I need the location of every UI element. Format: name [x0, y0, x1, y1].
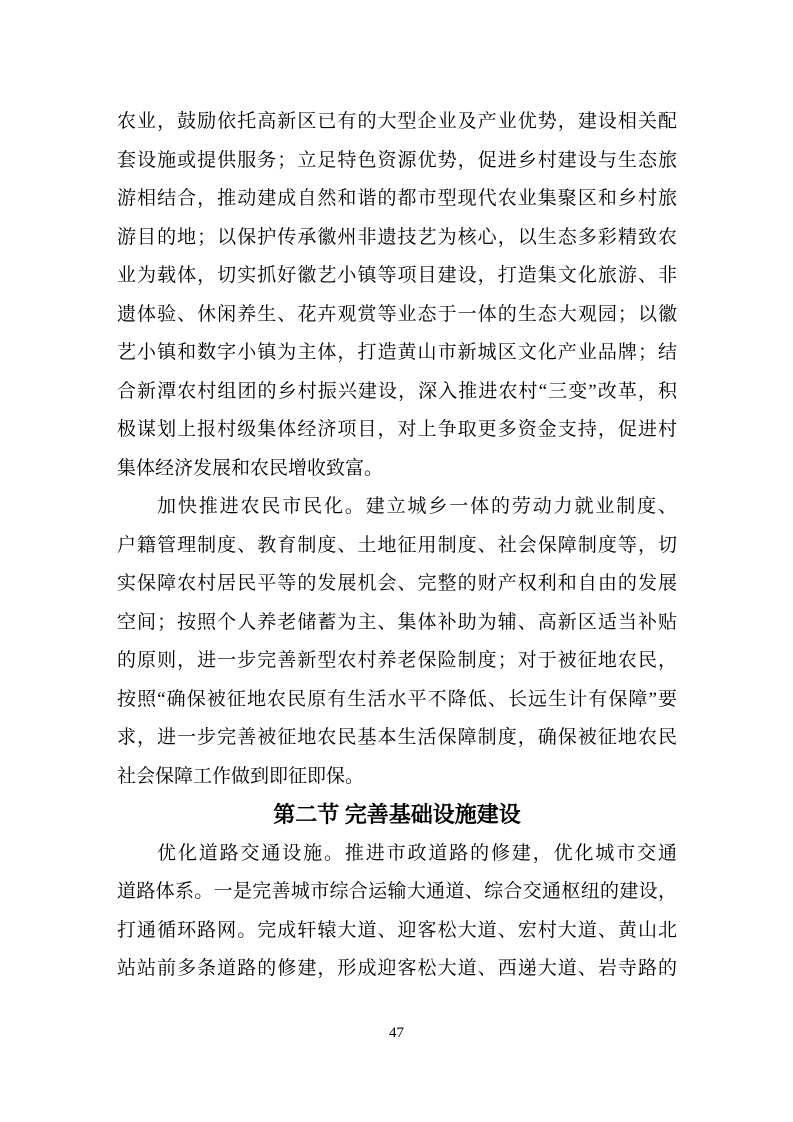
text-line: 社会保障工作做到即征即保。 — [117, 758, 677, 797]
page-number: 47 — [389, 1025, 404, 1041]
text-line: 的原则，进一步完善新型农村养老保险制度；对于被征地农民， — [117, 642, 677, 681]
document-body: 农业，鼓励依托高新区已有的大型企业及产业优势，建设相关配套设施或提供服务；立足特… — [117, 103, 677, 989]
text-line: 空间；按照个人养老储蓄为主、集体补助为辅、高新区适当补贴 — [117, 604, 677, 643]
page-footer: 47 — [0, 1024, 793, 1042]
text-line: 站站前多条道路的修建，形成迎客松大道、西递大道、岩寺路的 — [117, 950, 677, 989]
text-line: 优化道路交通设施。推进市政道路的修建，优化城市交通 — [117, 835, 677, 874]
text-line: 加快推进农民市民化。建立城乡一体的劳动力就业制度、 — [117, 488, 677, 527]
text-line: 户籍管理制度、教育制度、土地征用制度、社会保障制度等，切 — [117, 527, 677, 566]
text-line: 套设施或提供服务；立足特色资源优势，促进乡村建设与生态旅 — [117, 142, 677, 181]
text-line: 实保障农村居民平等的发展机会、完整的财产权利和自由的发展 — [117, 565, 677, 604]
text-line: 打通循环路网。完成轩辕大道、迎客松大道、宏村大道、黄山北 — [117, 912, 677, 951]
text-line: 农业，鼓励依托高新区已有的大型企业及产业优势，建设相关配 — [117, 103, 677, 142]
text-line: 求，进一步完善被征地农民基本生活保障制度，确保被征地农民 — [117, 719, 677, 758]
section-heading: 第二节 完善基础设施建设 — [117, 796, 677, 835]
text-line: 集体经济发展和农民增收致富。 — [117, 450, 677, 489]
text-line: 按照“确保被征地农民原有生活水平不降低、长远生计有保障”要 — [117, 681, 677, 720]
text-line: 合新潭农村组团的乡村振兴建设，深入推进农村“三变”改革，积 — [117, 373, 677, 412]
text-line: 业为载体，切实抓好徽艺小镇等项目建设，打造集文化旅游、非 — [117, 257, 677, 296]
document-page: 农业，鼓励依托高新区已有的大型企业及产业优势，建设相关配套设施或提供服务；立足特… — [0, 0, 793, 1122]
text-line: 游目的地；以保护传承徽州非遗技艺为核心，以生态多彩精致农 — [117, 219, 677, 258]
text-line: 极谋划上报村级集体经济项目，对上争取更多资金支持，促进村 — [117, 411, 677, 450]
text-line: 道路体系。一是完善城市综合运输大通道、综合交通枢纽的建设， — [117, 873, 677, 912]
text-line: 艺小镇和数字小镇为主体，打造黄山市新城区文化产业品牌；结 — [117, 334, 677, 373]
text-line: 游相结合，推动建成自然和谐的都市型现代农业集聚区和乡村旅 — [117, 180, 677, 219]
text-line: 遗体验、休闲养生、花卉观赏等业态于一体的生态大观园；以徽 — [117, 296, 677, 335]
